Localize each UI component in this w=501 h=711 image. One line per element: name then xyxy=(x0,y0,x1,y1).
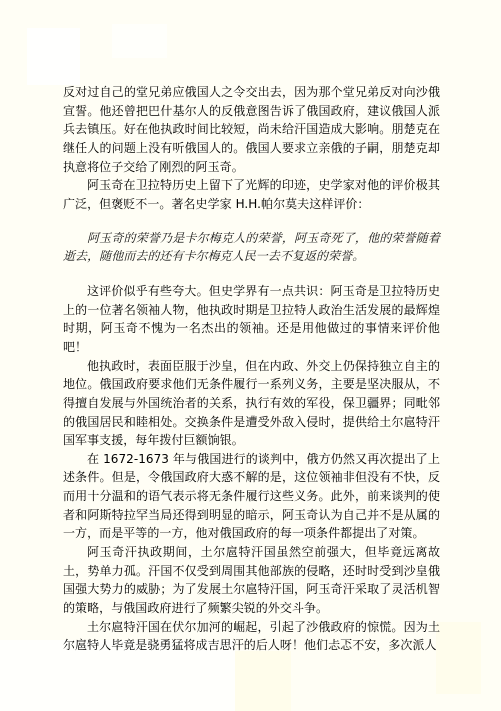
block-quote-palmov: 阿玉奇的荣誉乃是卡尔梅克人的荣誉，阿玉奇死了，他的荣誉随着逝去，随他而去的还有卡… xyxy=(63,229,440,266)
paragraph-continuation: 反对过自己的堂兄弟应俄国人之令交出去，因为那个堂兄弟反对向沙俄宣誓。他还曾把巴什… xyxy=(63,83,440,176)
paragraph-evaluation: 这评价似乎有些夸大。但史学界有一点共识：阿玉奇是卫拉特历史上的一位著名领袖人物，… xyxy=(63,282,440,357)
paragraph-khanate-strategy: 阿玉奇汗执政期间，土尔扈特汗国虽然空前强大，但毕竟远离故土，势单力孤。汗国不仅受… xyxy=(63,543,440,618)
book-page: 反对过自己的堂兄弟应俄国人之令交出去，因为那个堂兄弟反对向沙俄宣誓。他还曾把巴什… xyxy=(0,0,501,711)
scan-artifact xyxy=(235,651,291,711)
scan-artifact xyxy=(27,28,80,85)
paragraph-governance: 他执政时，表面臣服于沙皇，但在内政、外交上仍保持独立自主的地位。俄国政府要求他们… xyxy=(63,357,440,450)
page-text-block: 反对过自己的堂兄弟应俄国人之令交出去，因为那个堂兄弟反对向沙俄宣誓。他还曾把巴什… xyxy=(63,83,440,655)
scan-artifact xyxy=(112,24,167,58)
paragraph-negotiations: 在 1672-1673 年与俄国进行的谈判中，俄方仍然又再次提出了上述条件。但是… xyxy=(63,450,440,543)
scan-artifact xyxy=(436,622,481,694)
paragraph-volga-rise: 土尔扈特汗国在伏尔加河的崛起，引起了沙俄政府的惊慌。因为土尔扈特人毕竟是骁勇猛将… xyxy=(63,618,440,655)
paragraph-ayuki-intro: 阿玉奇在卫拉特历史上留下了光辉的印迹，史学家对他的评价极其广泛，但褒贬不一。著名… xyxy=(63,176,440,213)
